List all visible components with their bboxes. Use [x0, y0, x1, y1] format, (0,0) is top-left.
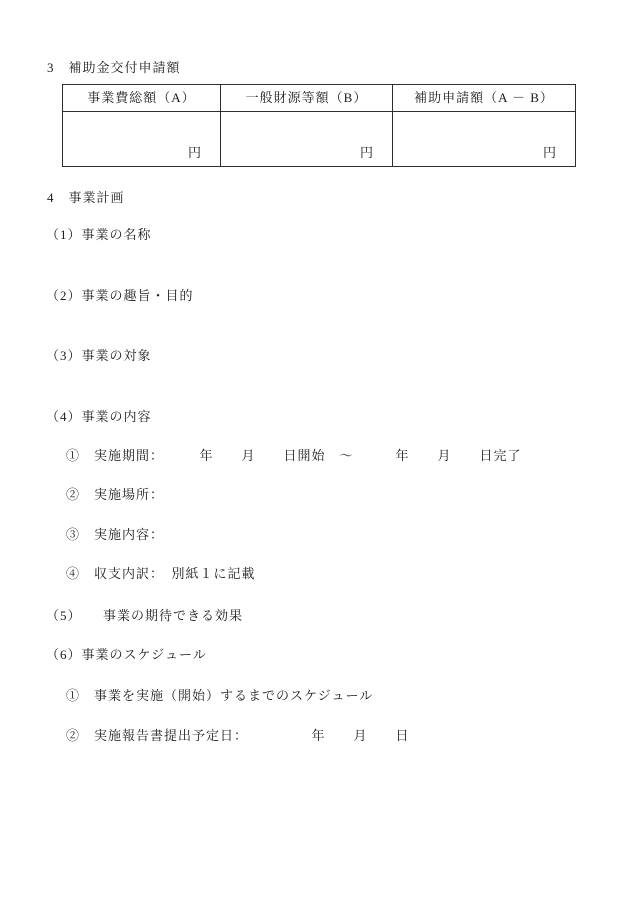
subitem-schedule-until-start: ① 事業を実施（開始）するまでのスケジュール — [66, 688, 630, 704]
amount-cell-subsidy-requested: 円 — [393, 112, 576, 167]
item-4-project-contents: （4）事業の内容 — [46, 409, 630, 425]
yen-unit-label: 円 — [188, 145, 202, 160]
amount-cell-project-total-cost: 円 — [63, 112, 221, 167]
subitem-report-submission-date: ② 実施報告書提出予定日： 年 月 日 — [66, 728, 630, 744]
table-amount-row: 円 円 円 — [63, 112, 576, 167]
section-3-heading: 3 補助金交付申請額 — [47, 60, 630, 76]
subitem-implementation-period: ① 実施期間： 年 月 日開始 ～ 年 月 日完了 — [66, 448, 630, 464]
section-4-heading: 4 事業計画 — [47, 190, 630, 206]
table-header-row: 事業費総額（A） 一般財源等額（B） 補助申請額（A － B） — [63, 85, 576, 112]
subitem-implementation-place: ② 実施場所： — [66, 487, 630, 503]
subitem-implementation-details: ③ 実施内容： — [66, 527, 630, 543]
yen-unit-label: 円 — [360, 145, 374, 160]
document-page: 3 補助金交付申請額 事業費総額（A） 一般財源等額（B） 補助申請額（A － … — [0, 0, 630, 903]
item-2-purpose-objective: （2）事業の趣旨・目的 — [46, 288, 630, 304]
subitem-budget-breakdown: ④ 収支内訳： 別紙１に記載 — [66, 566, 630, 582]
item-1-project-name: （1）事業の名称 — [46, 227, 630, 243]
table-header-general-funds: 一般財源等額（B） — [221, 85, 393, 112]
table-header-subsidy-requested: 補助申請額（A － B） — [393, 85, 576, 112]
table-header-project-total-cost: 事業費総額（A） — [63, 85, 221, 112]
item-6-project-schedule: （6）事業のスケジュール — [46, 647, 630, 663]
amount-cell-general-funds: 円 — [221, 112, 393, 167]
item-5-expected-effects: （5） 事業の期待できる効果 — [46, 608, 630, 624]
yen-unit-label: 円 — [543, 145, 557, 160]
grant-application-amount-table: 事業費総額（A） 一般財源等額（B） 補助申請額（A － B） 円 円 円 — [62, 84, 576, 167]
item-3-project-target: （3）事業の対象 — [46, 348, 630, 364]
